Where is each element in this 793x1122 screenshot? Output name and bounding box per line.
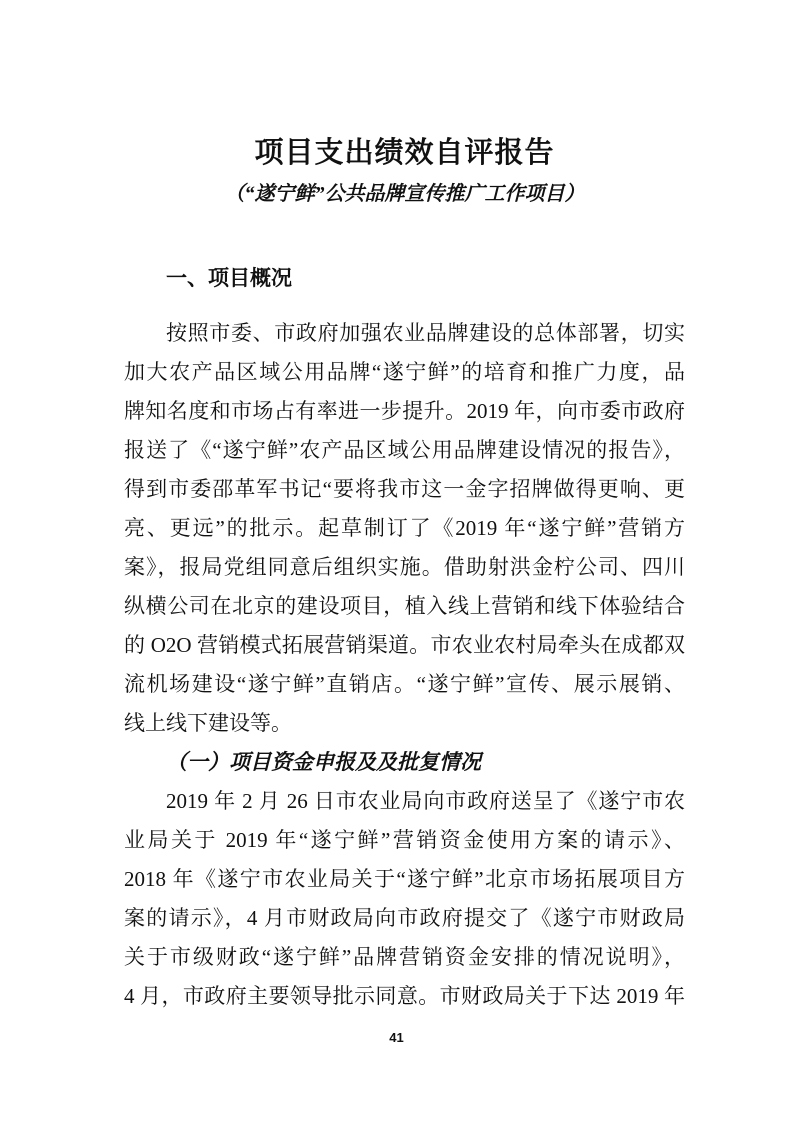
text-line: 牌知名度和市场占有率进一步提升。2019 年，向市委市政府 <box>124 392 685 431</box>
text-line: 加大农产品区域公用品牌“遂宁鲜”的培育和推广力度，品 <box>124 353 685 392</box>
text-line: 流机场建设“遂宁鲜”直销店。“遂宁鲜”宣传、展示展销、 <box>124 665 685 704</box>
section-heading: 一、项目概况 <box>124 264 685 294</box>
text-line: 关于市级财政“遂宁鲜”品牌营销资金安排的情况说明》， <box>124 938 685 977</box>
text-line: 4 月，市政府主要领导批示同意。市财政局关于下达 2019 年 <box>124 977 685 1016</box>
text-line: 的 O2O 营销模式拓展营销渠道。市农业农村局牵头在成都双 <box>124 626 685 665</box>
document-title: 项目支出绩效自评报告 <box>124 134 685 172</box>
text-line: 案》，报局党组同意后组织实施。借助射洪金柠公司、四川 <box>124 548 685 587</box>
text-line: 按照市委、市政府加强农业品牌建设的总体部署，切实 <box>124 314 685 353</box>
document-body: 项目支出绩效自评报告（“遂宁鲜”公共品牌宣传推广工作项目）一、项目概况按照市委、… <box>124 134 685 1016</box>
page-number: 41 <box>0 1030 793 1045</box>
document-page: 项目支出绩效自评报告（“遂宁鲜”公共品牌宣传推广工作项目）一、项目概况按照市委、… <box>0 0 793 1122</box>
text-line: 2018 年《遂宁市农业局关于“遂宁鲜”北京市场拓展项目方 <box>124 860 685 899</box>
text-line: 线上线下建设等。 <box>124 704 685 743</box>
text-line: 业局关于 2019 年“遂宁鲜”营销资金使用方案的请示》、 <box>124 821 685 860</box>
text-line: 案的请示》，4 月市财政局向市政府提交了《遂宁市财政局 <box>124 899 685 938</box>
text-line: 纵横公司在北京的建设项目，植入线上营销和线下体验结合 <box>124 587 685 626</box>
text-line: 报送了《“遂宁鲜”农产品区域公用品牌建设情况的报告》， <box>124 431 685 470</box>
subsection-heading: （一）项目资金申报及及批复情况 <box>124 743 685 782</box>
text-line: 2019 年 2 月 26 日市农业局向市政府送呈了《遂宁市农 <box>124 782 685 821</box>
text-line: 得到市委邵革军书记“要将我市这一金字招牌做得更响、更 <box>124 470 685 509</box>
document-subtitle: （“遂宁鲜”公共品牌宣传推广工作项目） <box>124 180 685 208</box>
text-line: 亮、更远”的批示。起草制订了《2019 年“遂宁鲜”营销方 <box>124 509 685 548</box>
